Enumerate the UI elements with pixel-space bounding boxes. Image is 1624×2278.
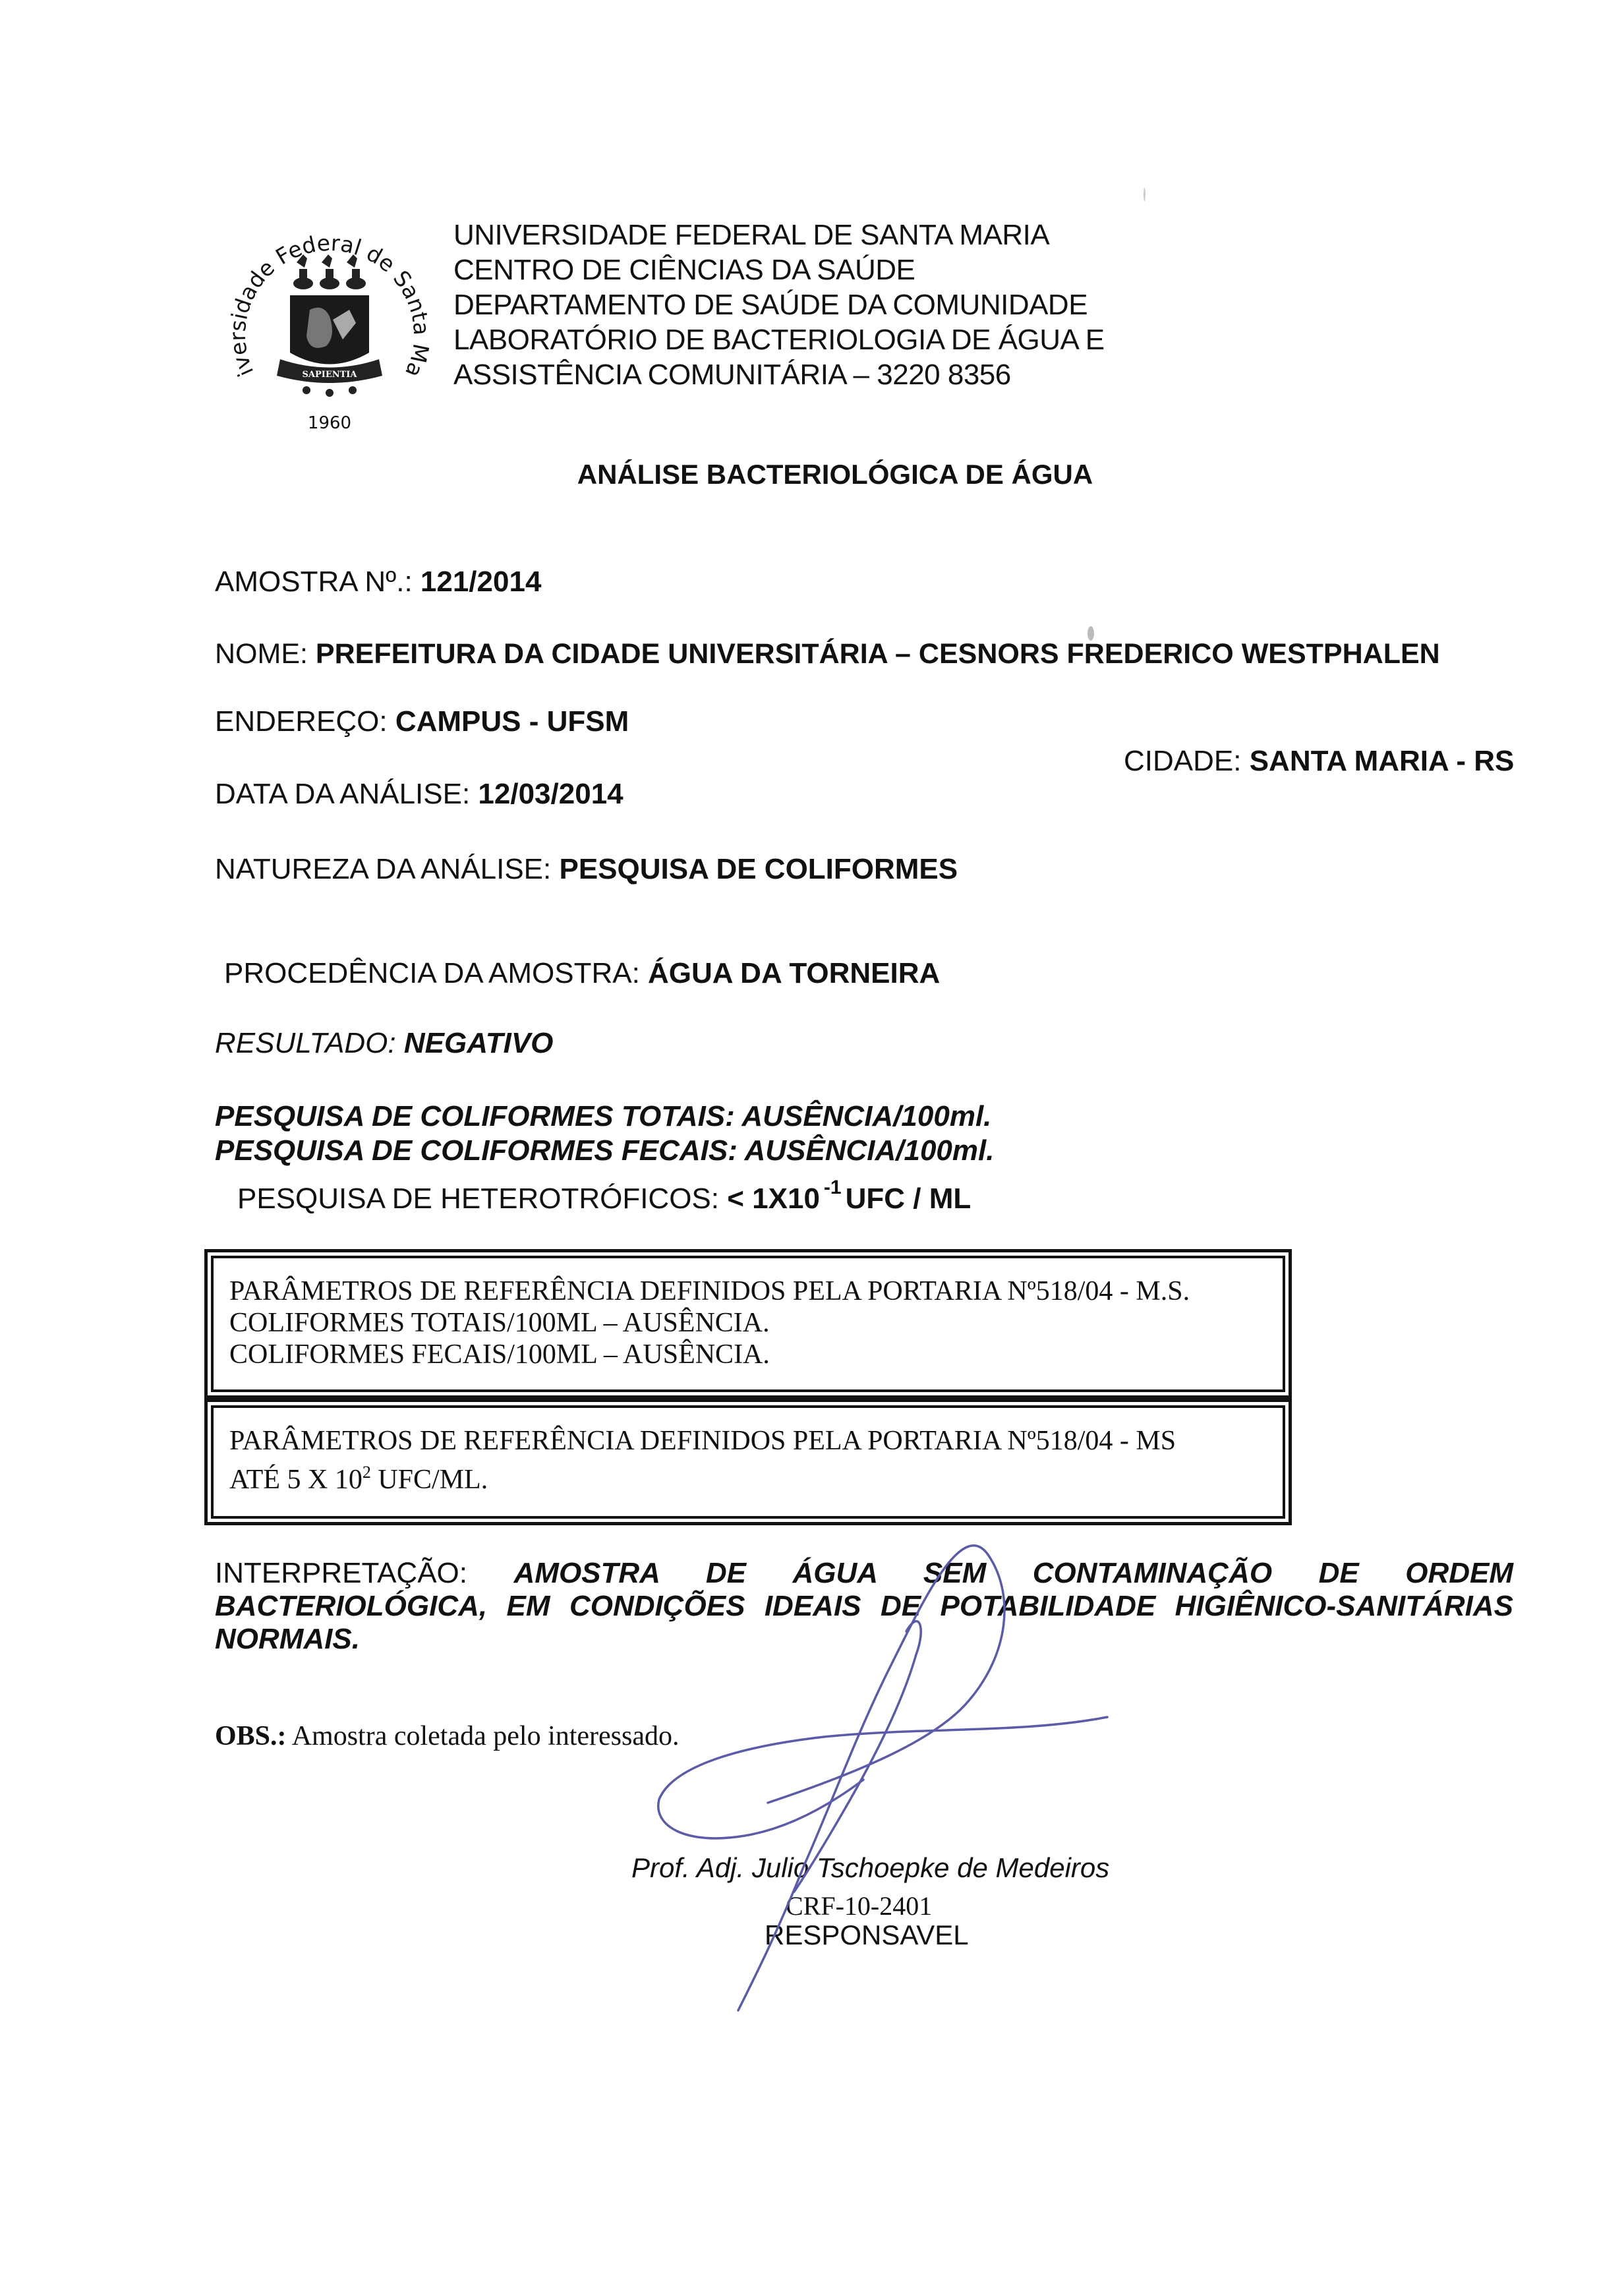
- field-value: ÁGUA DA TORNEIRA: [648, 957, 940, 989]
- header-line-assistance-phone: ASSISTÊNCIA COMUNITÁRIA – 3220 8356: [453, 357, 1105, 392]
- field-sample-origin: PROCEDÊNCIA DA AMOSTRA: ÁGUA DA TORNEIRA: [224, 957, 940, 990]
- svg-text:SAPIENTIA: SAPIENTIA: [303, 370, 358, 380]
- university-logo: Universidade Federal de Santa Maria SAPI…: [217, 211, 442, 435]
- field-label: PROCEDÊNCIA DA AMOSTRA:: [224, 957, 648, 989]
- field-address: ENDEREÇO: CAMPUS - UFSM: [215, 705, 629, 738]
- reference-box-heterotrophs: PARÂMETROS DE REFERÊNCIA DEFINIDOS PELA …: [204, 1399, 1292, 1525]
- field-label: DATA DA ANÁLISE:: [215, 778, 478, 810]
- observation-text: Amostra coletada pelo interessado.: [287, 1721, 680, 1751]
- field-name: NOME: PREFEITURA DA CIDADE UNIVERSITÁRIA…: [215, 638, 1440, 670]
- field-value: CAMPUS - UFSM: [395, 705, 629, 738]
- field-value: PESQUISA DE COLIFORMES: [559, 853, 958, 885]
- field-value: 121/2014: [420, 566, 542, 598]
- ufsm-crest-icon: Universidade Federal de Santa Maria SAPI…: [217, 211, 442, 435]
- field-label: NOME:: [215, 638, 316, 670]
- result-label: PESQUISA DE HETEROTRÓFICOS:: [237, 1183, 727, 1215]
- result-value: < 1X10: [727, 1183, 820, 1215]
- field-label: AMOSTRA Nº.:: [215, 566, 420, 598]
- signatory-name: Prof. Adj. Julio Tschoepke de Medeiros: [631, 1852, 1109, 1884]
- result-exponent: -1: [824, 1177, 842, 1198]
- field-label: NATUREZA DA ANÁLISE:: [215, 853, 559, 885]
- scan-artifact: [1087, 626, 1094, 641]
- reference-line: COLIFORMES TOTAIS/100ML – AUSÊNCIA.: [229, 1307, 1267, 1339]
- header-line-center: CENTRO DE CIÊNCIAS DA SAÚDE: [453, 252, 1105, 287]
- field-label: RESULTADO:: [215, 1027, 404, 1059]
- reference-line: PARÂMETROS DE REFERÊNCIA DEFINIDOS PELA …: [229, 1425, 1267, 1457]
- reference-line: COLIFORMES FECAIS/100ML – AUSÊNCIA.: [229, 1339, 1267, 1370]
- interpretation-label: INTERPRETAÇÃO:: [215, 1557, 514, 1589]
- signatory-role: RESPONSAVEL: [765, 1919, 969, 1951]
- field-label: CIDADE:: [1124, 745, 1250, 777]
- header-line-university: UNIVERSIDADE FEDERAL DE SANTA MARIA: [453, 218, 1105, 252]
- result-unit: UFC / ML: [846, 1183, 971, 1215]
- field-analysis-type: NATUREZA DA ANÁLISE: PESQUISA DE COLIFOR…: [215, 853, 958, 886]
- field-value: SANTA MARIA - RS: [1250, 745, 1515, 777]
- interpretation: INTERPRETAÇÃO: AMOSTRA DE ÁGUA SEM CONTA…: [215, 1557, 1513, 1656]
- result-heterotrophs: PESQUISA DE HETEROTRÓFICOS: < 1X10-1UFC …: [237, 1171, 994, 1216]
- signatory-registration: CRF-10-2401: [786, 1890, 932, 1921]
- result-total-coliforms: PESQUISA DE COLIFORMES TOTAIS: AUSÊNCIA/…: [215, 1099, 994, 1134]
- field-sample-number: AMOSTRA Nº.: 121/2014: [215, 566, 541, 599]
- reference-line: PARÂMETROS DE REFERÊNCIA DEFINIDOS PELA …: [229, 1275, 1267, 1307]
- field-analysis-date: DATA DA ANÁLISE: 12/03/2014: [215, 778, 623, 811]
- svg-text:1960: 1960: [308, 413, 351, 433]
- scan-artifact: [1144, 188, 1145, 201]
- institution-header: UNIVERSIDADE FEDERAL DE SANTA MARIA CENT…: [453, 218, 1105, 392]
- observation: OBS.: Amostra coletada pelo interessado.: [215, 1720, 680, 1752]
- test-results: PESQUISA DE COLIFORMES TOTAIS: AUSÊNCIA/…: [215, 1099, 994, 1216]
- field-value: 12/03/2014: [478, 778, 623, 810]
- reference-line: ATÉ 5 X 102 UFC/ML.: [229, 1457, 1267, 1496]
- reference-box-coliforms: PARÂMETROS DE REFERÊNCIA DEFINIDOS PELA …: [204, 1249, 1292, 1399]
- field-value: PREFEITURA DA CIDADE UNIVERSITÁRIA – CES…: [316, 638, 1440, 670]
- observation-label: OBS.:: [215, 1721, 287, 1751]
- result-fecal-coliforms: PESQUISA DE COLIFORMES FECAIS: AUSÊNCIA/…: [215, 1134, 994, 1168]
- header-line-department: DEPARTAMENTO DE SAÚDE DA COMUNIDADE: [453, 287, 1105, 322]
- field-city: CIDADE: SANTA MARIA - RS: [1124, 745, 1514, 778]
- header-line-laboratory: LABORATÓRIO DE BACTERIOLOGIA DE ÁGUA E: [453, 322, 1105, 357]
- field-label: ENDEREÇO:: [215, 705, 395, 738]
- document-title: ANÁLISE BACTERIOLÓGICA DE ÁGUA: [0, 459, 1624, 490]
- field-result: RESULTADO: NEGATIVO: [215, 1027, 553, 1060]
- field-value: NEGATIVO: [404, 1027, 554, 1059]
